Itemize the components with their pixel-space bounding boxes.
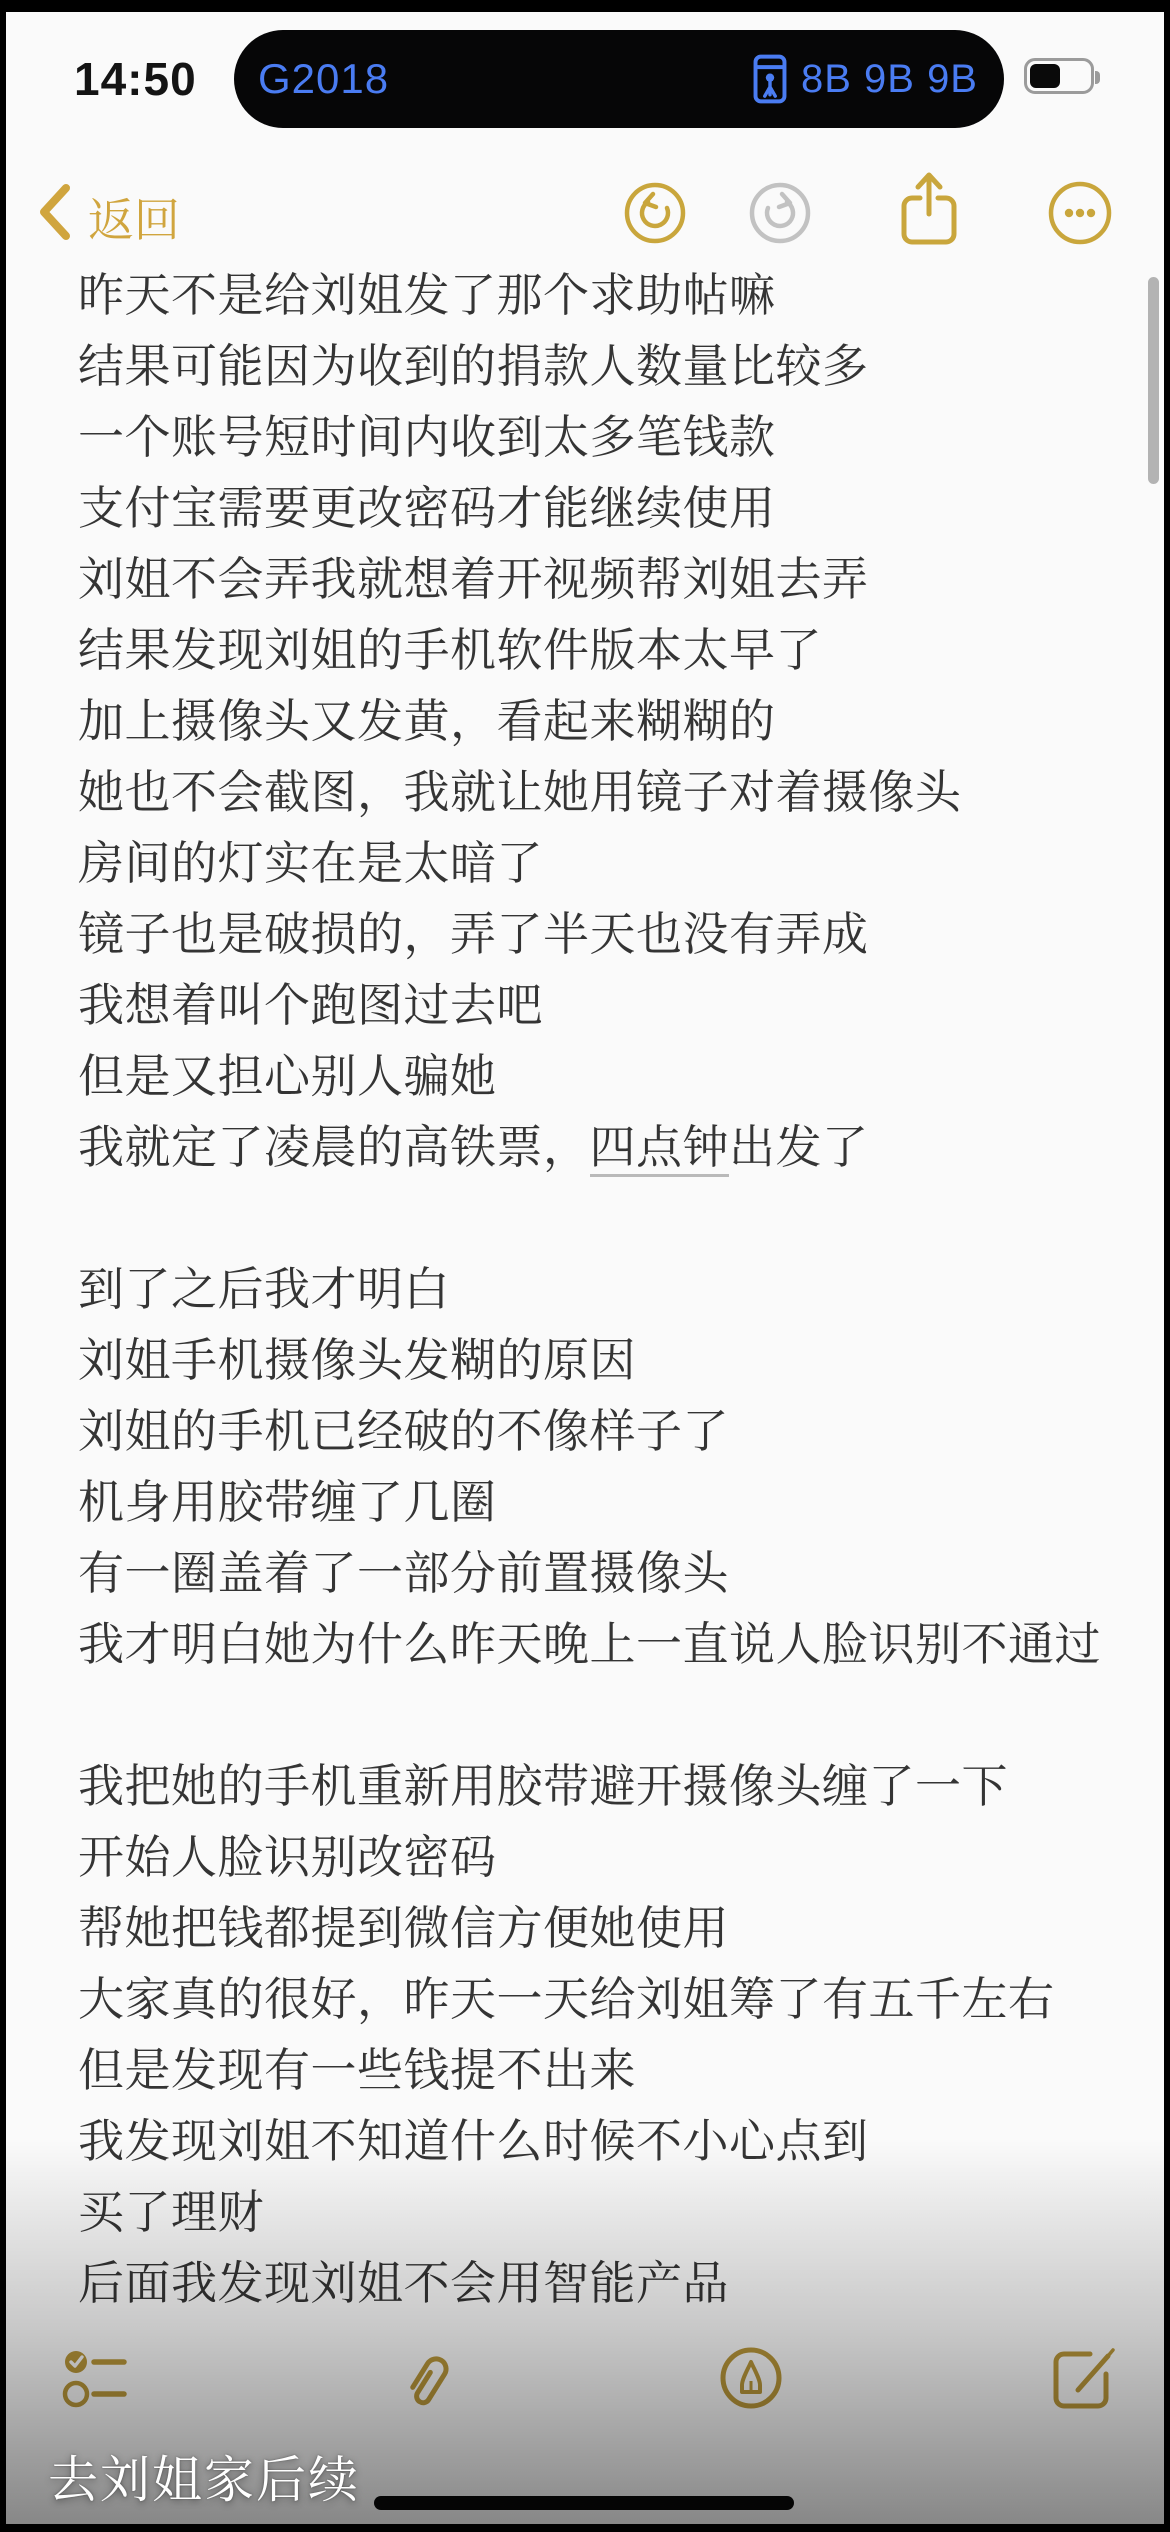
train-number-label: G2018 — [258, 55, 389, 103]
note-line: 一个账号短时间内收到太多笔钱款 — [78, 402, 1150, 473]
status-time: 14:50 — [74, 52, 197, 106]
video-caption: 去刘姐家后续 — [48, 2440, 360, 2512]
detected-time-link[interactable]: 四点钟 — [590, 1121, 730, 1177]
undo-icon[interactable] — [623, 181, 687, 245]
note-line: 帮她把钱都提到微信方便她使用 — [78, 1893, 1150, 1964]
note-line: 刘姐不会弄我就想着开视频帮刘姐去弄 — [78, 544, 1150, 615]
scrollbar-thumb[interactable] — [1148, 277, 1159, 484]
compose-icon[interactable] — [1048, 2344, 1120, 2414]
note-line: 后面我发现刘姐不会用智能产品 — [78, 2248, 1150, 2319]
share-icon[interactable] — [894, 168, 964, 254]
markup-icon[interactable] — [719, 2346, 783, 2410]
note-line: 但是发现有一些钱提不出来 — [78, 2035, 1150, 2106]
note-line: 买了理财 — [78, 2177, 1150, 2248]
paperclip-icon[interactable] — [390, 2340, 466, 2416]
back-button[interactable]: 返回 — [88, 184, 180, 250]
more-icon[interactable] — [1047, 180, 1113, 246]
note-line: 有一圈盖着了一部分前置摄像头 — [78, 1538, 1150, 1609]
note-line: 我把她的手机重新用胶带避开摄像头缠了一下 — [78, 1751, 1150, 1822]
note-line: 结果发现刘姐的手机软件版本太早了 — [78, 615, 1150, 686]
note-text-area[interactable]: 昨天不是给刘姐发了那个求助帖嘛结果可能因为收到的捐款人数量比较多一个账号短时间内… — [78, 260, 1150, 2319]
note-line: 结果可能因为收到的捐款人数量比较多 — [78, 331, 1150, 402]
note-line: 机身用胶带缠了几圈 — [78, 1467, 1150, 1538]
home-indicator[interactable] — [374, 2496, 794, 2510]
seat-numbers-label: 8B 9B 9B — [801, 57, 978, 102]
battery-icon — [1024, 58, 1094, 94]
chevron-left-icon[interactable] — [36, 182, 76, 242]
redo-icon[interactable] — [748, 181, 812, 245]
note-line: 房间的灯实在是太暗了 — [78, 828, 1150, 899]
note-line: 我就定了凌晨的高铁票，四点钟出发了 — [78, 1112, 1150, 1183]
note-line — [78, 1680, 1150, 1751]
note-line: 镜子也是破损的，弄了半天也没有弄成 — [78, 899, 1150, 970]
boarding-gate-icon — [751, 54, 789, 104]
note-line: 加上摄像头又发黄，看起来糊糊的 — [78, 686, 1150, 757]
note-line: 我想着叫个跑图过去吧 — [78, 970, 1150, 1041]
note-line: 大家真的很好，昨天一天给刘姐筹了有五千左右 — [78, 1964, 1150, 2035]
note-line: 刘姐的手机已经破的不像样子了 — [78, 1396, 1150, 1467]
frame-edge-right — [1164, 0, 1170, 2532]
note-line: 我才明白她为什么昨天晚上一直说人脸识别不通过 — [78, 1609, 1150, 1680]
note-line: 但是又担心别人骗她 — [78, 1041, 1150, 1112]
frame-edge-top — [0, 0, 1170, 12]
note-line: 她也不会截图，我就让她用镜子对着摄像头 — [78, 757, 1150, 828]
note-line: 昨天不是给刘姐发了那个求助帖嘛 — [78, 260, 1150, 331]
note-line: 我发现刘姐不知道什么时候不小心点到 — [78, 2106, 1150, 2177]
note-line: 到了之后我才明白 — [78, 1254, 1150, 1325]
note-line: 开始人脸识别改密码 — [78, 1822, 1150, 1893]
frame-edge-left — [0, 0, 6, 2532]
dynamic-island-live-activity[interactable]: G2018 8B 9B 9B — [234, 30, 1004, 128]
checklist-icon[interactable] — [62, 2344, 138, 2412]
frame-edge-bottom — [0, 2524, 1170, 2532]
note-line: 支付宝需要更改密码才能继续使用 — [78, 473, 1150, 544]
note-line — [78, 1183, 1150, 1254]
note-line: 刘姐手机摄像头发糊的原因 — [78, 1325, 1150, 1396]
